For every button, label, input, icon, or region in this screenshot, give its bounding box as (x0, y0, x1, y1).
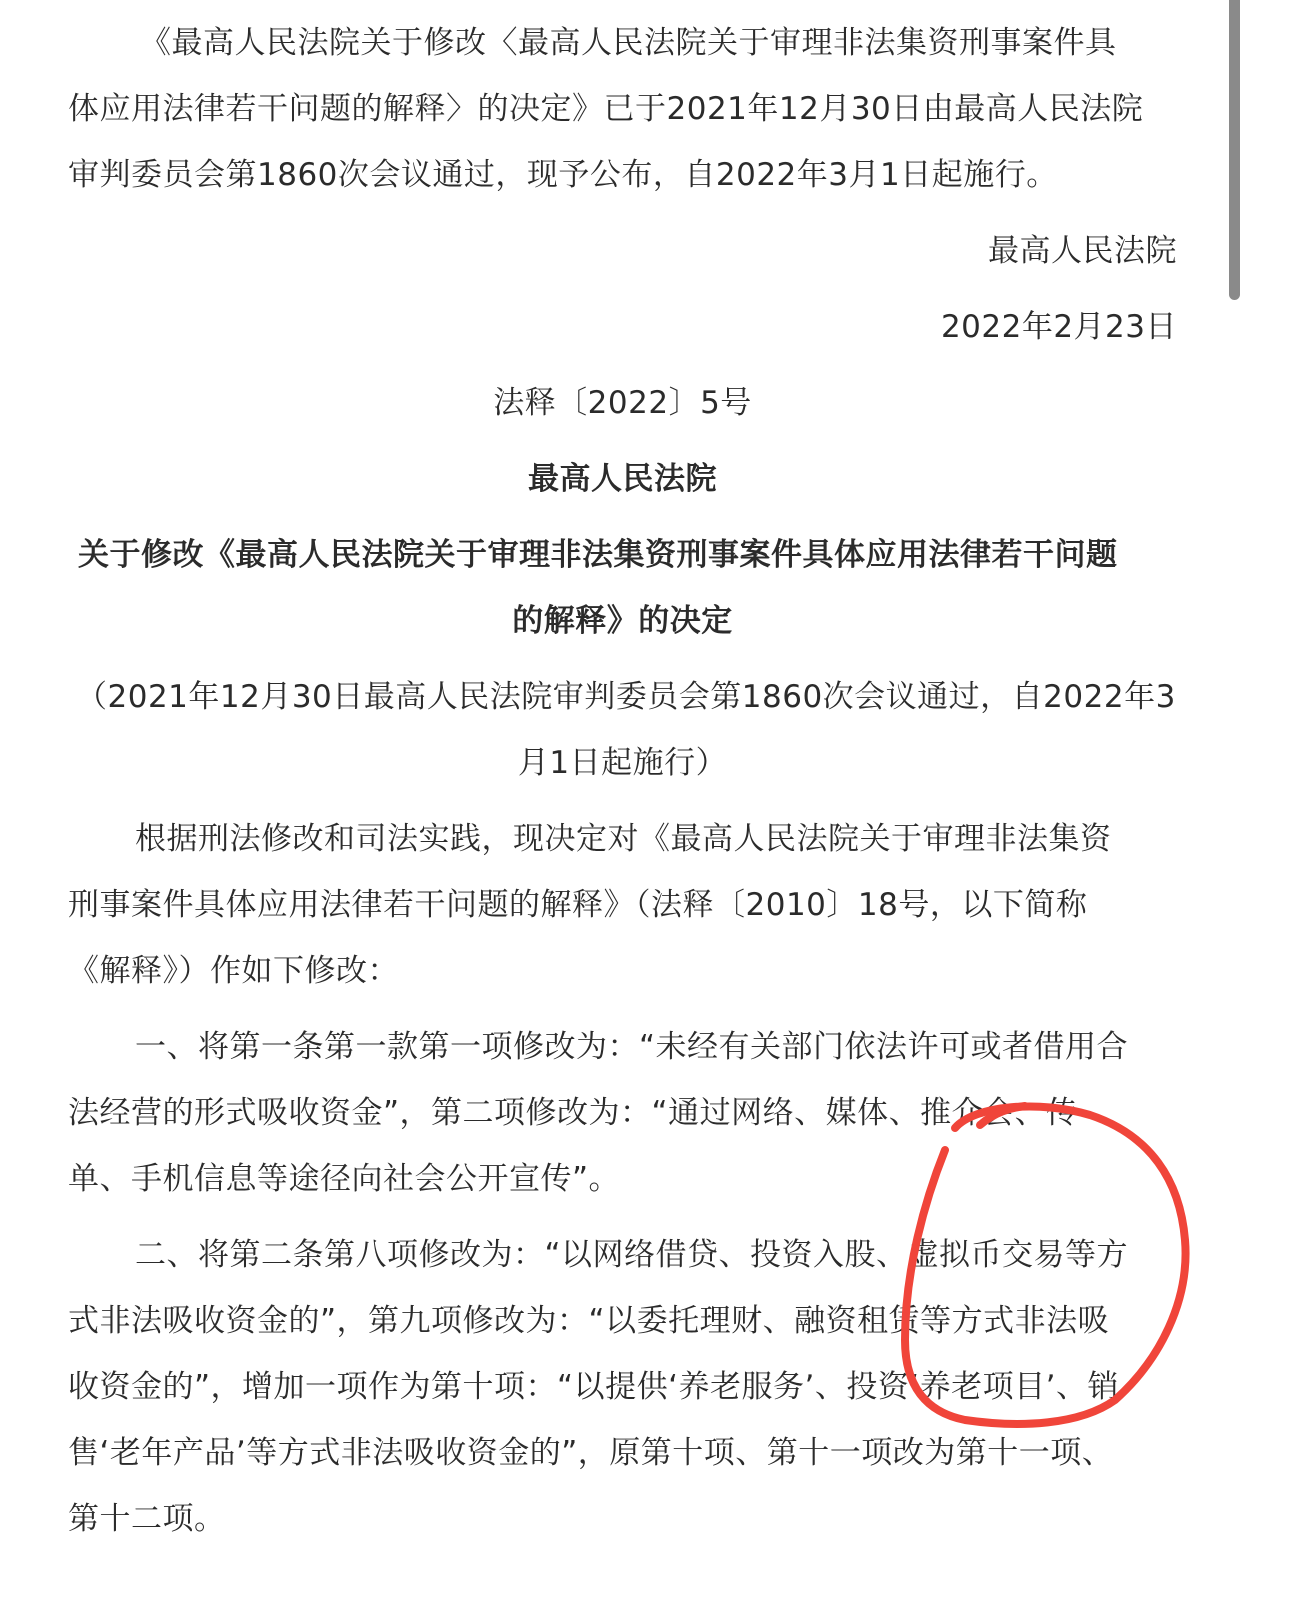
adoption-note-line-1: （2021年12月30日最高人民法院审判委员会第1860次会议通过，自2022年… (76, 677, 1176, 717)
adoption-note-line-2: 月1日起施行） (0, 743, 1245, 783)
announcement-line-3: 审判委员会第1860次会议通过，现予公布，自2022年3月1日起施行。 (68, 155, 1058, 195)
article-2-line-3: 收资金的”，增加一项作为第十项：“以提供‘养老服务’、投资‘养老项目’、销 (68, 1367, 1119, 1407)
article-2-line-5: 第十二项。 (68, 1499, 226, 1539)
article-2-line-2: 式非法吸收资金的”，第九项修改为：“以委托理财、融资租赁等方式非法吸 (68, 1301, 1109, 1341)
document-number: 法释〔2022〕5号 (0, 383, 1245, 423)
intro-line-2: 刑事案件具体应用法律若干问题的解释》（法释〔2010〕18号，以下简称 (68, 885, 1087, 925)
document-page: 《最高人民法院关于修改〈最高人民法院关于审理非法集资刑事案件具 体应用法律若干问… (0, 0, 1290, 1624)
announcement-date: 2022年2月23日 (941, 307, 1177, 347)
announcement-line-2: 体应用法律若干问题的解释〉的决定》已于2021年12月30日由最高人民法院 (68, 89, 1143, 129)
article-1-line-2: 法经营的形式吸收资金”，第二项修改为：“通过网络、媒体、推介会、传 (68, 1093, 1078, 1133)
document-title-line-2: 的解释》的决定 (0, 601, 1245, 641)
article-1-line-3: 单、手机信息等途径向社会公开宣传”。 (68, 1159, 620, 1199)
article-2-line-4: 售‘老年产品’等方式非法吸收资金的”，原第十项、第十一项改为第十一项、 (68, 1433, 1113, 1473)
announcement-line-1: 《最高人民法院关于修改〈最高人民法院关于审理非法集资刑事案件具 (140, 23, 1117, 63)
intro-line-3: 《解释》）作如下修改： (68, 951, 399, 991)
document-issuer: 最高人民法院 (0, 459, 1245, 499)
document-title-line-1: 关于修改《最高人民法院关于审理非法集资刑事案件具体应用法律若干问题 (78, 535, 1118, 575)
scrollbar-thumb[interactable] (1229, 0, 1240, 300)
announcement-signature: 最高人民法院 (988, 231, 1177, 271)
intro-line-1: 根据刑法修改和司法实践，现决定对《最高人民法院关于审理非法集资 (135, 819, 1112, 859)
article-1-line-1: 一、将第一条第一款第一项修改为：“未经有关部门依法许可或者借用合 (135, 1027, 1128, 1067)
article-2-line-1: 二、将第二条第八项修改为：“以网络借贷、投资入股、虚拟币交易等方 (135, 1235, 1128, 1275)
